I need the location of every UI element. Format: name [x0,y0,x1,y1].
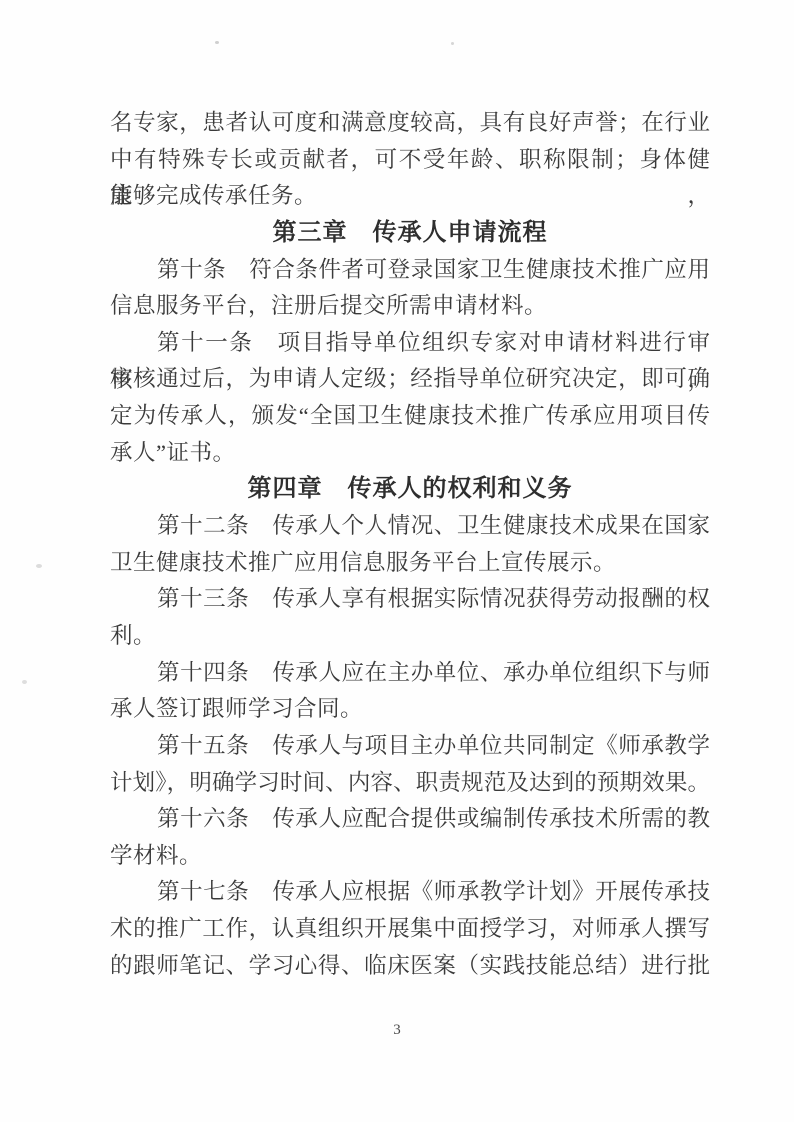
scan-speck [215,41,219,44]
text-line-article-12: 第十二条 传承人个人情况、卫生健康技术成果在国家 [110,508,710,545]
text-line: 承人签订跟师学习合同。 [110,691,710,728]
text-line: 审核通过后，为申请人定级；经指导单位研究决定，即可确 [110,361,710,398]
text-line-article-10: 第十条 符合条件者可登录国家卫生健康技术推广应用 [110,252,710,289]
text-line: 计划》，明确学习时间、内容、职责规范及达到的预期效果。 [110,765,710,802]
document-body: 名专家，患者认可度和满意度较高，具有良好声誉；在行业 中有特殊专长或贡献者，可不… [110,105,710,984]
chapter-3-heading: 第三章 传承人申请流程 [110,215,710,252]
text-line: 承人”证书。 [110,435,710,472]
scan-speck [36,564,42,568]
scan-speck [22,680,27,684]
text-line: 利。 [110,618,710,655]
text-line-article-14: 第十四条 传承人应在主办单位、承办单位组织下与师 [110,655,710,692]
text-line: 中有特殊专长或贡献者，可不受年龄、职称限制；身体健康， [110,142,710,179]
text-line: 名专家，患者认可度和满意度较高，具有良好声誉；在行业 [110,105,710,142]
text-line-article-15: 第十五条 传承人与项目主办单位共同制定《师承教学 [110,728,710,765]
chapter-4-heading: 第四章 传承人的权利和义务 [110,471,710,508]
text-line-article-13: 第十三条 传承人享有根据实际情况获得劳动报酬的权 [110,581,710,618]
text-line-article-16: 第十六条 传承人应配合提供或编制传承技术所需的教 [110,801,710,838]
document-page: 名专家，患者认可度和满意度较高，具有良好声誉；在行业 中有特殊专长或贡献者，可不… [0,0,794,1122]
text-line: 信息服务平台，注册后提交所需申请材料。 [110,288,710,325]
page-number: 3 [0,1022,794,1039]
scan-speck [451,42,454,45]
text-line-article-17: 第十七条 传承人应根据《师承教学计划》开展传承技 [110,874,710,911]
text-line: 的跟师笔记、学习心得、临床医案（实践技能总结）进行批 [110,948,710,985]
text-line: 术的推广工作，认真组织开展集中面授学习，对师承人撰写 [110,911,710,948]
text-line: 定为传承人，颁发“全国卫生健康技术推广传承应用项目传 [110,398,710,435]
text-line: 学材料。 [110,838,710,875]
text-line-article-11: 第十一条 项目指导单位组织专家对申请材料进行审核， [110,325,710,362]
text-line: 卫生健康技术推广应用信息服务平台上宣传展示。 [110,545,710,582]
